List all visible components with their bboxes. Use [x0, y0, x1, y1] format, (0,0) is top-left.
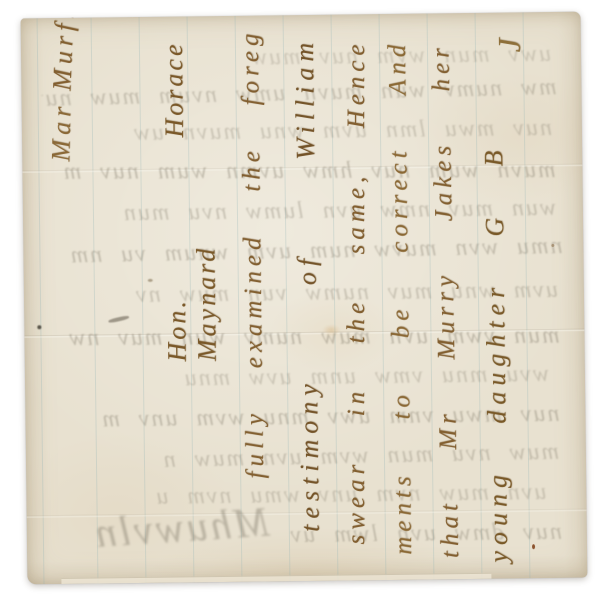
ink-line-body-2: testimony of William [290, 37, 326, 532]
photo-background: uwv mun wvm nuv muw mw numv wun muvn umw… [0, 0, 600, 599]
ink-speck [148, 279, 153, 282]
ink-line-dateline-fragment: Murfre [47, 12, 81, 92]
ink-line-body-6: young daughter G B [479, 144, 514, 562]
rust-speck [532, 544, 535, 549]
ink-line-salutation: Hon. Horace Maynard [159, 41, 223, 362]
ink-flourish: J [491, 33, 528, 53]
ink-speck [551, 244, 554, 247]
ink-speck [37, 325, 41, 329]
letter-paper: uwv mun wvm nuv muw mw numv wun muvn umw… [21, 12, 588, 585]
ink-line-body-3: swear in the same, Hence [343, 40, 372, 545]
ink-line-body-1: fully examined the foreg [237, 28, 271, 478]
ink-line-fragment: Mar [46, 101, 77, 161]
